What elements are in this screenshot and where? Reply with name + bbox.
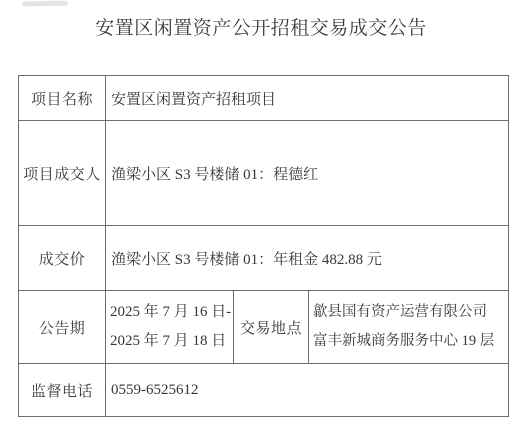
cell-supervision-phone-value: 0559-6525612 bbox=[106, 364, 508, 416]
period-line-2: 2025 年 7 月 18 日 bbox=[110, 327, 226, 356]
row-label-deal-price: 成交价 bbox=[19, 226, 106, 291]
announcement-page: 安置区闲置资产公开招租交易成交公告 项目名称 安置区闲置资产招租项目 项目成交人… bbox=[0, 0, 522, 431]
row-label-winning-party: 项目成交人 bbox=[19, 121, 106, 226]
location-line-1: 歙县国有资产运营有限公司 bbox=[313, 298, 487, 327]
cell-deal-price-value: 渔梁小区 S3 号楼储 01：年租金 482.88 元 bbox=[106, 226, 508, 291]
announcement-table: 项目名称 安置区闲置资产招租项目 项目成交人 渔梁小区 S3 号楼储 01：程德… bbox=[18, 75, 509, 417]
cell-trade-location-value: 歙县国有资产运营有限公司 富丰新城商务服务中心 19 层 bbox=[309, 291, 508, 364]
scan-artifact bbox=[22, 1, 68, 7]
row-label-announcement-period: 公告期 bbox=[19, 291, 106, 364]
cell-project-name-value: 安置区闲置资产招租项目 bbox=[106, 76, 508, 121]
row-label-supervision-phone: 监督电话 bbox=[19, 364, 106, 416]
page-title: 安置区闲置资产公开招租交易成交公告 bbox=[0, 13, 522, 40]
cell-winning-party-value: 渔梁小区 S3 号楼储 01：程德红 bbox=[106, 121, 508, 226]
row-label-project-name: 项目名称 bbox=[19, 76, 106, 121]
row-label-trade-location: 交易地点 bbox=[234, 291, 309, 364]
cell-announcement-period-value: 2025 年 7 月 16 日- 2025 年 7 月 18 日 bbox=[106, 291, 234, 364]
period-line-1: 2025 年 7 月 16 日- bbox=[110, 298, 231, 327]
location-line-2: 富丰新城商务服务中心 19 层 bbox=[313, 327, 494, 356]
